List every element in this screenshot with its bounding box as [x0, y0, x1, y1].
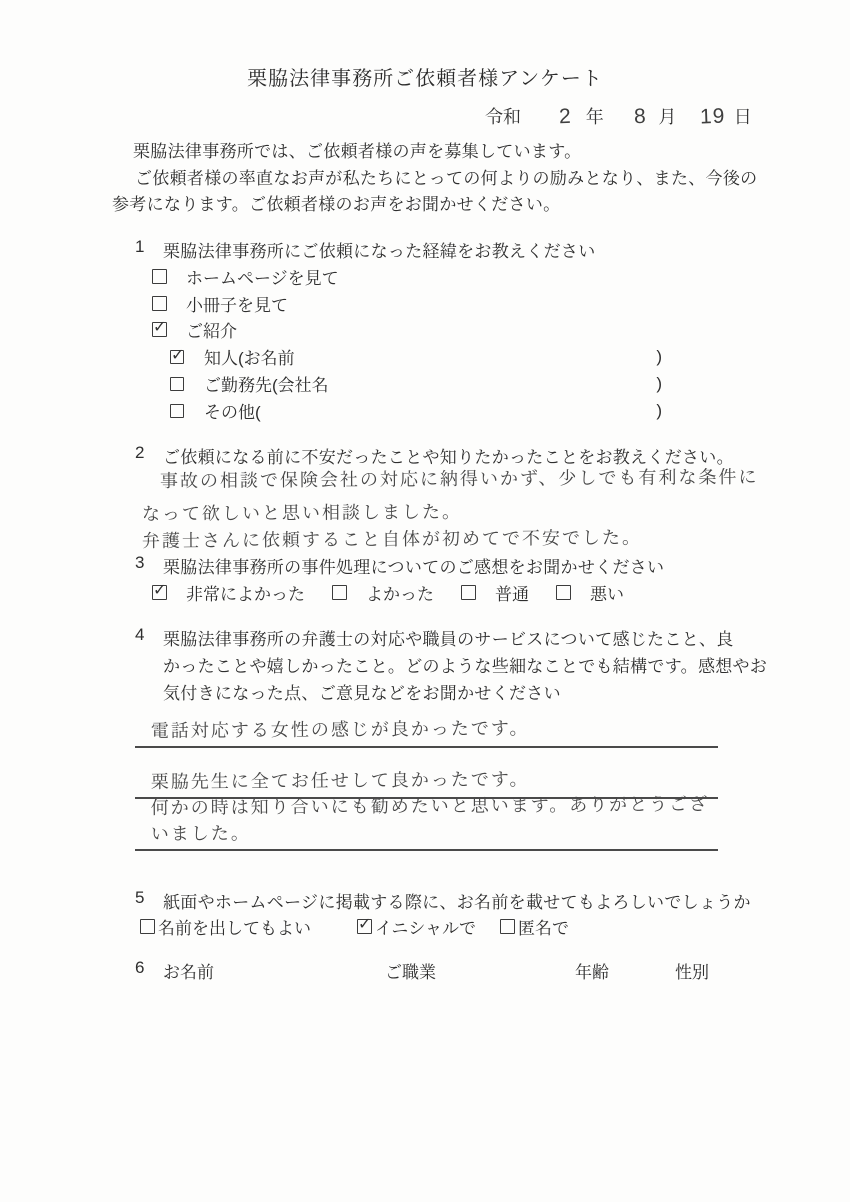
- q1-sub-option-label: ご勤務先(会社名: [204, 371, 329, 396]
- date-day-value: 19: [700, 105, 726, 130]
- q1-heading-text: 栗脇法律事務所にご依頼になった経緯をお教えください: [163, 237, 596, 262]
- checkbox-anonymous: [500, 919, 515, 934]
- check-icon: ✓: [358, 914, 371, 934]
- q1-option-booklet: 小冊子を見て: [152, 291, 288, 316]
- date-era-label: 令和: [485, 103, 521, 129]
- checkbox-booklet: [152, 296, 167, 311]
- checkbox-good: [332, 585, 347, 600]
- q1-option-label: ご紹介: [186, 317, 237, 342]
- q6-field-occupation: ご職業: [385, 958, 436, 983]
- q1-sub-option-acquaintance: ✓ 知人(お名前 ): [170, 344, 662, 369]
- checkbox-normal: [461, 585, 476, 600]
- date-line: 令和 2 年 8 月 19 日: [485, 103, 752, 129]
- q3-option-label: 非常によかった: [186, 580, 305, 605]
- q3-option-label: 悪い: [590, 580, 624, 605]
- q1-sub-option-workplace: ご勤務先(会社名 ): [170, 371, 662, 396]
- check-icon: ✓: [171, 345, 184, 365]
- q1-option-referral: ✓ ご紹介: [152, 317, 237, 342]
- q4-heading-text-line3: 気付きになった点、ご意見などをお聞かせください: [163, 679, 561, 704]
- q4-heading-text-line2: かったことや嬉しかったこと。どのような些細なことでも結構です。感想やお: [163, 652, 767, 677]
- q1-heading: 1 栗脇法律事務所にご依頼になった経緯をお教えください: [135, 237, 596, 262]
- q3-option-label: よかった: [366, 580, 434, 605]
- q5-heading-text: 紙面やホームページに掲載する際に、お名前を載せてもよろしいでしょうか: [163, 888, 751, 913]
- q2-handwritten-answer-line-3: 弁護士さんに依頼すること自体が初めてで不安でした。: [142, 527, 642, 553]
- paren-close: ): [656, 347, 662, 367]
- q3-options-row: ✓ 非常によかった よかった 普通 悪い: [152, 580, 624, 605]
- date-year-label: 年: [586, 103, 604, 129]
- q3-heading: 3 栗脇法律事務所の事件処理についてのご感想をお聞かせください: [135, 553, 664, 578]
- q1-sub-option-label: その他(: [204, 398, 261, 423]
- q6-number: 6: [135, 958, 144, 978]
- q1-number: 1: [135, 237, 163, 262]
- intro-line-1: 栗脇法律事務所では、ご依頼者様の声を募集しています。: [133, 137, 581, 162]
- q6-field-age: 年齢: [575, 958, 609, 983]
- q1-sub-option-label: 知人(お名前: [204, 344, 295, 369]
- q4-answer-line-1: 電話対応する女性の感じが良かったです。: [135, 713, 718, 748]
- q1-option-label: 小冊子を見て: [186, 291, 288, 316]
- checkbox-homepage: [152, 269, 167, 284]
- checkbox-acquaintance-checked: ✓: [170, 350, 184, 364]
- q5-number: 5: [135, 888, 163, 913]
- q6-row: 6 お名前 ご職業 年齢 性別: [0, 958, 850, 982]
- check-icon: ✓: [153, 317, 166, 337]
- q2-handwritten-answer-line-1: 事故の相談で保険会社の対応に納得いかず、少しでも有利な条件に: [160, 467, 759, 493]
- check-icon: ✓: [153, 580, 166, 600]
- date-month-label: 月: [658, 103, 676, 129]
- q4-answer-line-3: 何かの時は知り合いにも勧めたいと思います。ありがとうございました。: [135, 816, 718, 851]
- page-title: 栗脇法律事務所ご依頼者様アンケート: [0, 62, 850, 91]
- q2-number: 2: [135, 443, 163, 468]
- q2-handwritten-answer-line-2: なって欲しいと思い相談しました。: [142, 500, 462, 526]
- date-year-value: 2: [559, 105, 573, 129]
- intro-line-2: ご依頼者様の率直なお声が私たちにとっての何よりの励みとなり、また、今後の: [135, 164, 757, 189]
- q5-heading: 5 紙面やホームページに掲載する際に、お名前を載せてもよろしいでしょうか: [135, 888, 751, 913]
- paren-close: ): [656, 401, 662, 421]
- checkbox-referral-checked: ✓: [152, 322, 167, 337]
- scanned-survey-page: 栗脇法律事務所ご依頼者様アンケート 令和 2 年 8 月 19 日 栗脇法律事務…: [0, 0, 850, 1202]
- date-day-label: 日: [734, 103, 752, 129]
- q5-option-label: 匿名で: [518, 914, 569, 939]
- q5-option-label: イニシャルで: [375, 914, 476, 939]
- q4-number: 4: [135, 625, 163, 650]
- q1-sub-option-other: その他( ): [170, 398, 662, 423]
- q1-option-label: ホームページを見て: [186, 264, 339, 289]
- checkbox-real-name: [140, 919, 155, 934]
- q5-options-row: 名前を出してもよい ✓ イニシャルで 匿名で: [140, 914, 569, 939]
- q5-option-label: 名前を出してもよい: [158, 914, 311, 939]
- checkbox-workplace: [170, 377, 184, 391]
- q3-number: 3: [135, 553, 163, 578]
- intro-line-3: 参考になります。ご依頼者様のお声をお聞かせください。: [112, 190, 560, 215]
- q1-option-homepage: ホームページを見て: [152, 264, 339, 289]
- checkbox-initials-checked: ✓: [357, 919, 372, 934]
- checkbox-other: [170, 404, 184, 418]
- q3-heading-text: 栗脇法律事務所の事件処理についてのご感想をお聞かせください: [163, 553, 664, 578]
- q4-heading: 4 栗脇法律事務所の弁護士の対応や職員のサービスについて感じたこと、良: [135, 625, 734, 650]
- date-month-value: 8: [633, 105, 647, 129]
- q6-field-name: お名前: [163, 958, 214, 983]
- q3-option-label: 普通: [495, 580, 529, 605]
- q6-field-gender: 性別: [675, 958, 709, 983]
- checkbox-very-good-checked: ✓: [152, 585, 167, 600]
- q4-heading-text-line1: 栗脇法律事務所の弁護士の対応や職員のサービスについて感じたこと、良: [163, 625, 734, 650]
- checkbox-bad: [556, 585, 571, 600]
- paren-close: ): [656, 374, 662, 394]
